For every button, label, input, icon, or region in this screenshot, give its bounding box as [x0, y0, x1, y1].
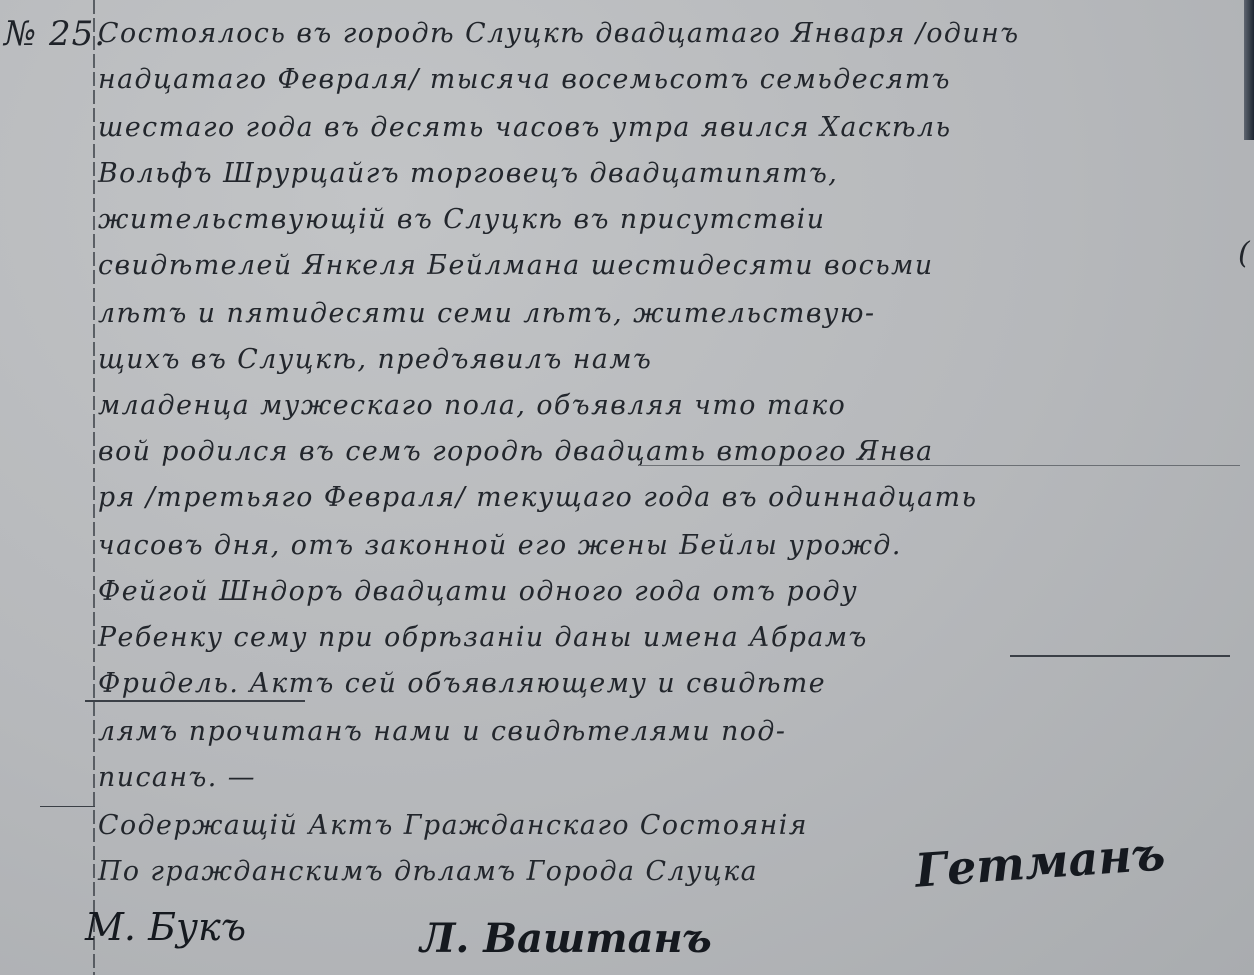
margin-tick — [40, 806, 95, 807]
record-line-2: надцатаго Февраля/ тысяча восемьсотъ сем… — [98, 64, 1228, 95]
record-line-3: шестаго года въ десять часовъ утра явилс… — [98, 112, 1228, 143]
record-line-5: жительствующій въ Слуцкѣ въ присутствіи — [98, 204, 1228, 235]
record-line-6: свидѣтелей Янкеля Бейлмана шестидесяти в… — [98, 250, 1228, 281]
record-line-13: Фейгой Шндоръ двадцати одного года отъ р… — [98, 576, 1228, 607]
entry-number: № 25. — [4, 14, 106, 54]
record-line-17: писанъ. — — [98, 762, 1228, 793]
signature-witness-left: М. Букъ — [85, 905, 246, 949]
line-rule — [640, 465, 1240, 466]
name-underline-abram — [1010, 655, 1230, 657]
margin-bracket-mark: ( — [1238, 236, 1250, 271]
record-line-14: Ребенку сему при обрѣзаніи даны имена Аб… — [98, 622, 1228, 653]
record-line-10: вой родился въ семъ городѣ двадцать втор… — [98, 436, 1228, 467]
record-line-12: часовъ дня, отъ законной его жены Бейлы … — [98, 530, 1228, 561]
margin-rule — [93, 0, 95, 975]
name-underline-fridel — [85, 700, 305, 702]
record-line-11: ря /третьяго Февраля/ текущаго года въ о… — [98, 482, 1228, 513]
record-line-15: Фридель. Актъ сей объявляющему и свидѣте — [98, 668, 1228, 699]
record-line-8: щихъ въ Слуцкѣ, предъявилъ намъ — [98, 344, 1228, 375]
record-line-1: Состоялось въ городѣ Слуцкѣ двадцатаго Я… — [98, 18, 1228, 49]
record-line-4: Вольфъ Шрурцайгъ торговецъ двадцатипятъ, — [98, 158, 1228, 189]
record-line-7: лѣтъ и пятидесяти семи лѣтъ, жительствую… — [98, 298, 1228, 329]
signature-witness-center: Л. Ваштанъ — [420, 915, 712, 962]
record-line-16: лямъ прочитанъ нами и свидѣтелями под- — [98, 716, 1228, 747]
page-edge-shadow — [1244, 0, 1254, 140]
record-line-9: младенца мужескаго пола, объявляя что та… — [98, 390, 1228, 421]
